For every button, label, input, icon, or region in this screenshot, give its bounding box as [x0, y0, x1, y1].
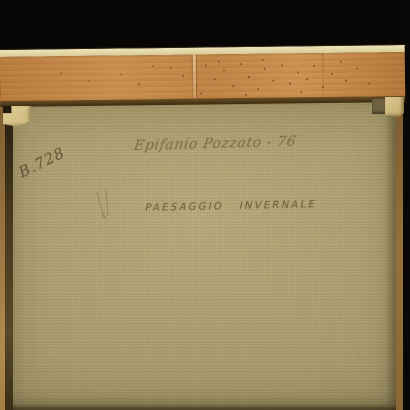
stretcher-key-right	[385, 97, 404, 117]
stretcher-key-right-slot	[372, 99, 386, 114]
painting-back-photo: B.728 Epifanio Pozzato - 76 PAESAGGIO IN…	[0, 0, 410, 410]
pencil-scribble-mark	[93, 189, 115, 221]
wood-seam	[193, 55, 197, 99]
wood-grain-line	[322, 53, 325, 97]
canvas-bottom-shading	[5, 404, 404, 410]
wood-wormholes	[0, 57, 2, 59]
frame-left-shadow-gap	[5, 98, 13, 410]
stretcher-bar-face	[0, 52, 405, 101]
stretcher-bar-top	[0, 44, 405, 106]
